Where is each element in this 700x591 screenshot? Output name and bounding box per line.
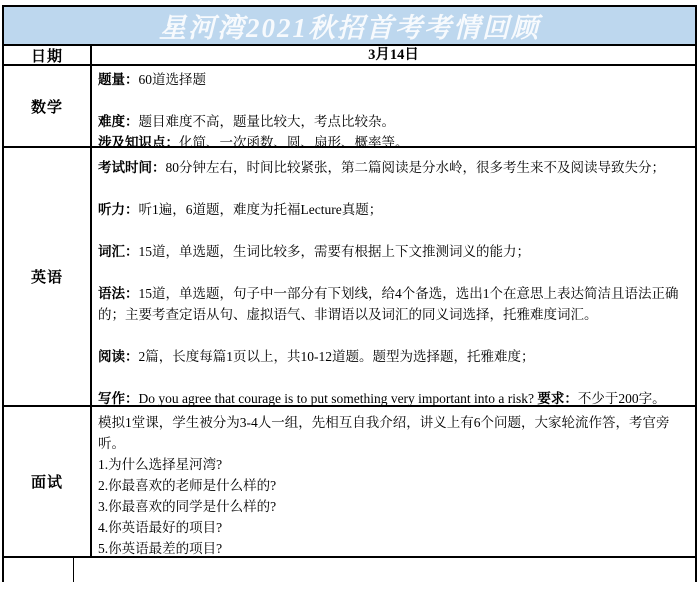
date-row: 日期 3月14日: [4, 46, 695, 66]
english-item-writing-text: Do you agree that courage is to put some…: [139, 391, 538, 405]
english-label: 英语: [4, 148, 92, 405]
interview-question-3: 3.你最喜欢的同学是什么样的?: [98, 496, 691, 517]
english-item-writing-requirement-text: 不少于200字。: [578, 391, 666, 405]
math-item-difficulty: 难度：题目难度不高，题量比较大，考点比较杂。: [98, 111, 691, 132]
math-item-quantity-text: 60道选择题: [139, 72, 207, 87]
english-item-writing-lead: 写作：: [98, 391, 139, 405]
english-item-grammar-lead: 语法：: [98, 286, 139, 301]
english-row: 英语 考试时间：80分钟左右，时间比较紧张，第二篇阅读是分水岭，很多考生来不及阅…: [4, 148, 695, 407]
interview-question-2: 2.你最喜欢的老师是什么样的?: [98, 475, 691, 496]
next-section-stub-label-cell: [4, 558, 74, 582]
math-item-quantity: 题量：60道选择题: [98, 69, 691, 90]
interview-label: 面试: [4, 407, 92, 556]
exam-recap-table: 星河湾2021秋招首考考情回顾 日期 3月14日 数学 题量：60道选择题 难度…: [2, 5, 697, 582]
math-label: 数学: [4, 66, 92, 146]
math-item-difficulty-text: 题目难度不高，题量比较大，考点比较杂。: [139, 114, 396, 129]
page-title: 星河湾2021秋招首考考情回顾: [159, 6, 540, 45]
english-item-listening-text: 听1遍，6道题，难度为托福Lecture真题；: [139, 202, 383, 217]
math-item-difficulty-lead: 难度：: [98, 114, 139, 129]
next-section-stub-row: [4, 558, 695, 582]
english-item-writing: 写作：Do you agree that courage is to put s…: [98, 388, 691, 405]
interview-intro: 模拟1堂课，学生被分为3-4人一组，先相互自我介绍，讲义上有6个问题，大家轮流作…: [98, 412, 691, 454]
interview-question-5: 5.你英语最差的项目?: [98, 538, 691, 556]
interview-row: 面试 模拟1堂课，学生被分为3-4人一组，先相互自我介绍，讲义上有6个问题，大家…: [4, 407, 695, 558]
math-item-topics-lead: 涉及知识点：: [98, 135, 179, 146]
english-item-grammar-text: 15道，单选题，句子中一部分有下划线，给4个备选，选出1个在意思上表达简洁且语法…: [98, 286, 679, 322]
math-item-quantity-lead: 题量：: [98, 72, 139, 87]
english-item-grammar: 语法：15道，单选题，句子中一部分有下划线，给4个备选，选出1个在意思上表达简洁…: [98, 283, 691, 325]
english-item-vocabulary: 词汇：15道，单选题，生词比较多，需要有根据上下文推测词义的能力；: [98, 241, 691, 262]
math-item-topics: 涉及知识点：化简、一次函数、圆、扇形、概率等。: [98, 132, 691, 146]
math-content: 题量：60道选择题 难度：题目难度不高，题量比较大，考点比较杂。 涉及知识点：化…: [92, 66, 695, 146]
english-content: 考试时间：80分钟左右，时间比较紧张，第二篇阅读是分水岭，很多考生来不及阅读导致…: [92, 148, 695, 405]
title-banner: 星河湾2021秋招首考考情回顾: [4, 7, 695, 46]
interview-content: 模拟1堂课，学生被分为3-4人一组，先相互自我介绍，讲义上有6个问题，大家轮流作…: [92, 407, 695, 556]
english-item-vocabulary-text: 15道，单选题，生词比较多，需要有根据上下文推测词义的能力；: [139, 244, 531, 259]
english-item-exam-time: 考试时间：80分钟左右，时间比较紧张，第二篇阅读是分水岭，很多考生来不及阅读导致…: [98, 157, 691, 178]
english-item-exam-time-lead: 考试时间：: [98, 160, 166, 175]
english-item-exam-time-text: 80分钟左右，时间比较紧张，第二篇阅读是分水岭，很多考生来不及阅读导致失分；: [166, 160, 666, 175]
english-item-reading-text: 2篇，长度每篇1页以上，共10-12道题。题型为选择题，托雅难度；: [139, 349, 535, 364]
date-value: 3月14日: [92, 46, 695, 64]
math-row: 数学 题量：60道选择题 难度：题目难度不高，题量比较大，考点比较杂。 涉及知识…: [4, 66, 695, 148]
next-section-stub-content-cell: [74, 558, 695, 582]
english-item-listening: 听力：听1遍，6道题，难度为托福Lecture真题；: [98, 199, 691, 220]
english-item-listening-lead: 听力：: [98, 202, 139, 217]
interview-question-1: 1.为什么选择星河湾?: [98, 454, 691, 475]
interview-question-4: 4.你英语最好的项目?: [98, 517, 691, 538]
english-item-vocabulary-lead: 词汇：: [98, 244, 139, 259]
date-label: 日期: [4, 46, 92, 64]
english-item-reading: 阅读：2篇，长度每篇1页以上，共10-12道题。题型为选择题，托雅难度；: [98, 346, 691, 367]
english-item-reading-lead: 阅读：: [98, 349, 139, 364]
math-item-topics-text: 化简、一次函数、圆、扇形、概率等。: [179, 135, 409, 146]
english-item-writing-requirement-lead: 要求：: [537, 391, 578, 405]
